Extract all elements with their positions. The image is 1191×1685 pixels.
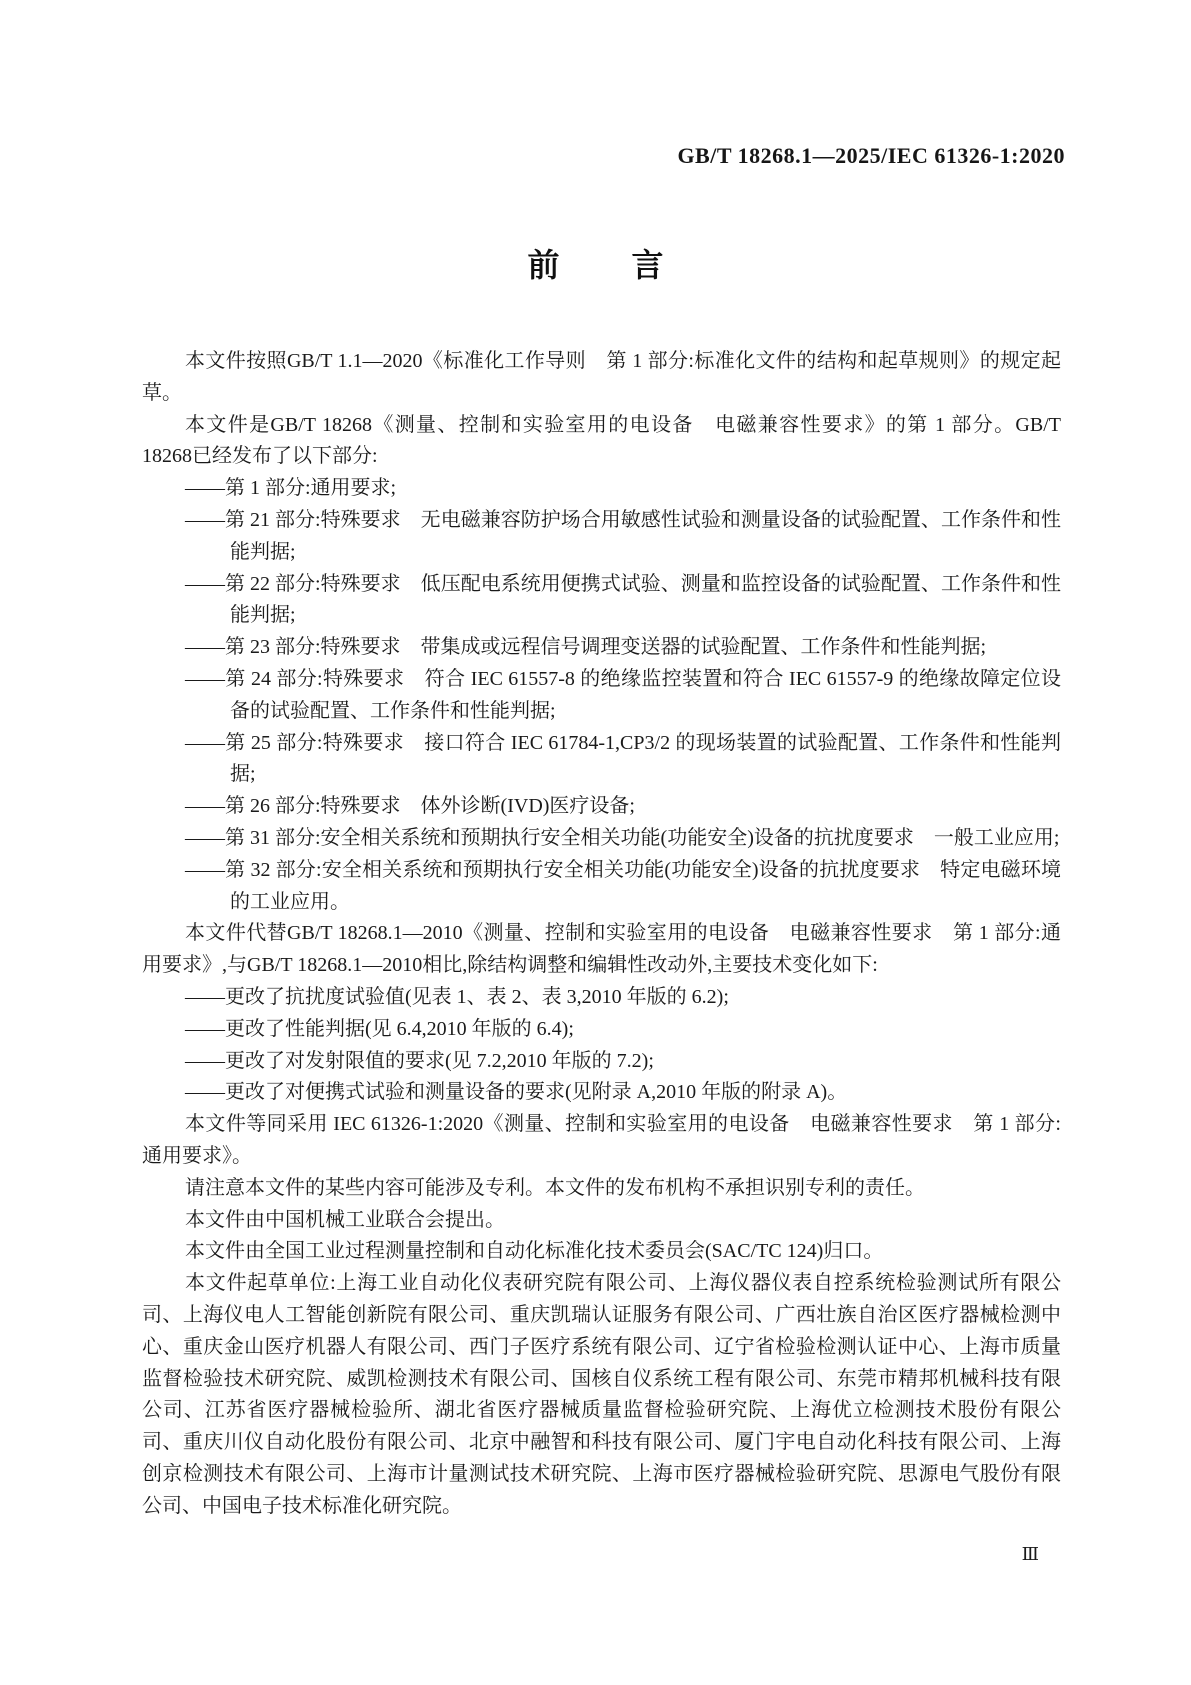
foreword-list-item: ——第 25 部分:特殊要求 接口符合 IEC 61784-1,CP3/2 的现… [142,728,1061,792]
foreword-list-item: ——更改了性能判据(见 6.4,2010 年版的 6.4); [142,1014,1061,1046]
foreword-body: 本文件按照GB/T 1.1—2020《标准化工作导则 第 1 部分:标准化文件的… [142,346,1061,1522]
foreword-list-item: ——第 1 部分:通用要求; [142,473,1061,505]
foreword-list-item: ——第 24 部分:特殊要求 符合 IEC 61557-8 的绝缘监控装置和符合… [142,664,1061,728]
foreword-title: 前 言 [0,247,1191,283]
foreword-list-item: ——更改了对发射限值的要求(见 7.2,2010 年版的 7.2); [142,1046,1061,1078]
foreword-list-item: ——更改了对便携式试验和测量设备的要求(见附录 A,2010 年版的附录 A)。 [142,1077,1061,1109]
foreword-paragraph: 本文件是GB/T 18268《测量、控制和实验室用的电设备 电磁兼容性要求》的第… [142,410,1061,474]
foreword-paragraph: 请注意本文件的某些内容可能涉及专利。本文件的发布机构不承担识别专利的责任。 [142,1173,1061,1205]
foreword-paragraph: 本文件由中国机械工业联合会提出。 [142,1205,1061,1237]
standard-number-header: GB/T 18268.1—2025/IEC 61326-1:2020 [677,143,1065,169]
foreword-paragraph: 本文件由全国工业过程测量控制和自动化标准化技术委员会(SAC/TC 124)归口… [142,1236,1061,1268]
foreword-list-item: ——第 22 部分:特殊要求 低压配电系统用便携式试验、测量和监控设备的试验配置… [142,569,1061,633]
foreword-list-item: ——第 23 部分:特殊要求 带集成或远程信号调理变送器的试验配置、工作条件和性… [142,632,1061,664]
foreword-list-item: ——第 32 部分:安全相关系统和预期执行安全相关功能(功能安全)设备的抗扰度要… [142,855,1061,919]
foreword-paragraph: 本文件按照GB/T 1.1—2020《标准化工作导则 第 1 部分:标准化文件的… [142,346,1061,410]
document-page: GB/T 18268.1—2025/IEC 61326-1:2020 前 言 本… [0,0,1191,1685]
foreword-list-item: ——第 21 部分:特殊要求 无电磁兼容防护场合用敏感性试验和测量设备的试验配置… [142,505,1061,569]
foreword-list-item: ——第 26 部分:特殊要求 体外诊断(IVD)医疗设备; [142,791,1061,823]
foreword-paragraph: 本文件等同采用 IEC 61326-1:2020《测量、控制和实验室用的电设备 … [142,1109,1061,1173]
foreword-title-char-right: 言 [632,247,664,283]
foreword-paragraph: 本文件起草单位:上海工业自动化仪表研究院有限公司、上海仪器仪表自控系统检验测试所… [142,1268,1061,1522]
foreword-paragraph: 本文件代替GB/T 18268.1—2010《测量、控制和实验室用的电设备 电磁… [142,918,1061,982]
foreword-list-item: ——第 31 部分:安全相关系统和预期执行安全相关功能(功能安全)设备的抗扰度要… [142,823,1061,855]
foreword-list-item: ——更改了抗扰度试验值(见表 1、表 2、表 3,2010 年版的 6.2); [142,982,1061,1014]
page-number: Ⅲ [1022,1544,1039,1565]
foreword-title-char-left: 前 [527,247,559,283]
